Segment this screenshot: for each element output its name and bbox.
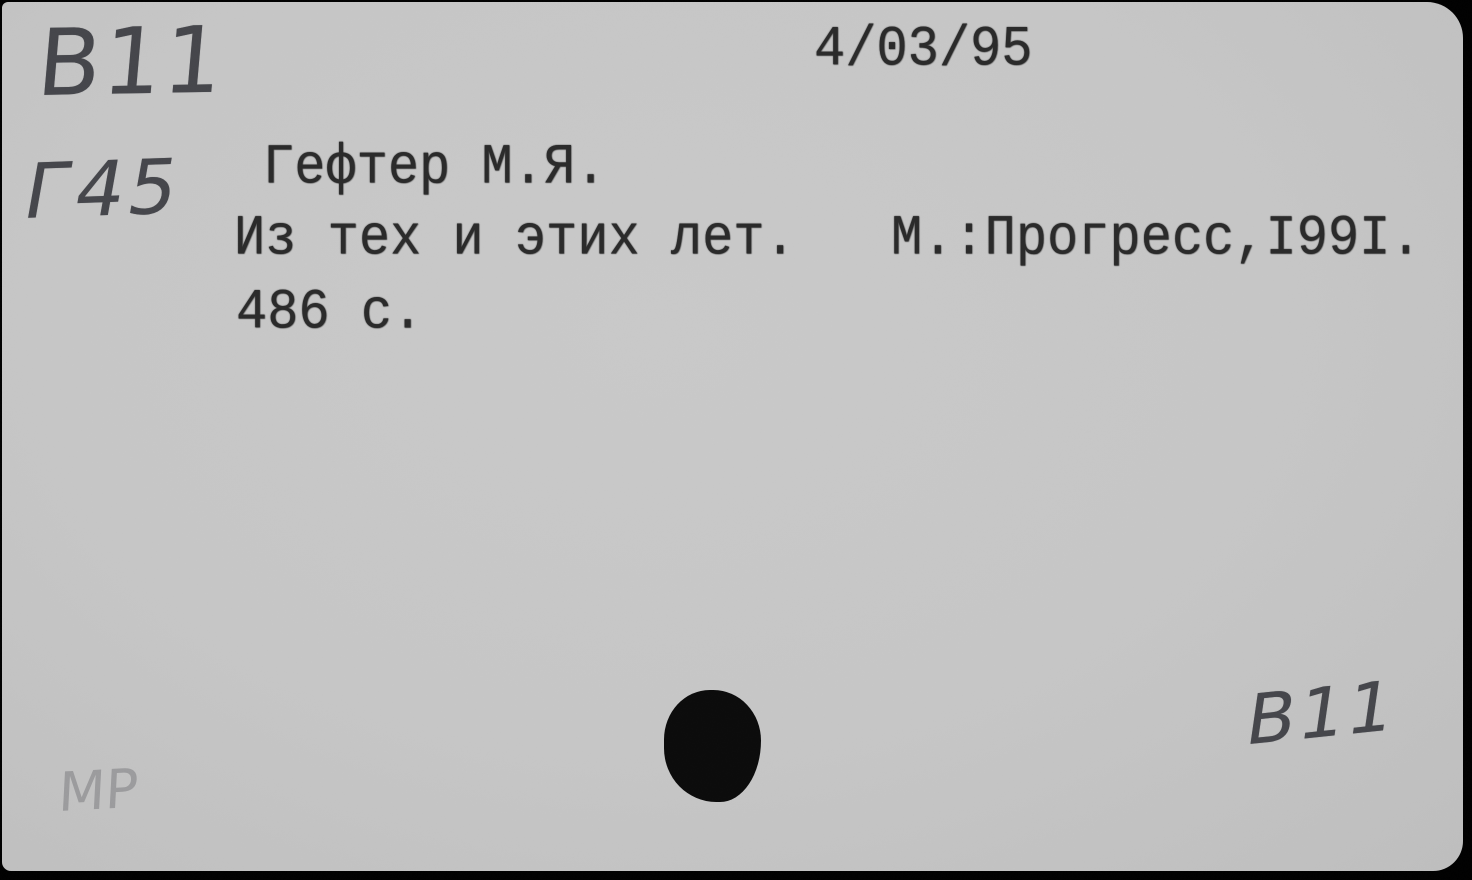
accession-number: 4/03/95 [814, 18, 1032, 83]
imprint-line: М.:Прогресс,I99I. [891, 207, 1422, 272]
call-number-cutter-mark: Г45 [19, 149, 189, 230]
owner-call-mark: В11 [1242, 671, 1401, 756]
pencil-note: МР [57, 762, 139, 820]
call-number-class-mark: В11 [34, 15, 229, 110]
catalog-card-scan: 4/03/95 В11 Г45 Гефтер М.Я. Из тех и эти… [0, 0, 1472, 880]
hole-punch-dot [664, 690, 761, 802]
catalog-card: 4/03/95 В11 Г45 Гефтер М.Я. Из тех и эти… [2, 2, 1463, 871]
pagination-line: 486 с. [236, 281, 423, 346]
author-line: Гефтер М.Я. [263, 136, 606, 201]
title-line: Из тех и этих лет. [234, 207, 796, 272]
